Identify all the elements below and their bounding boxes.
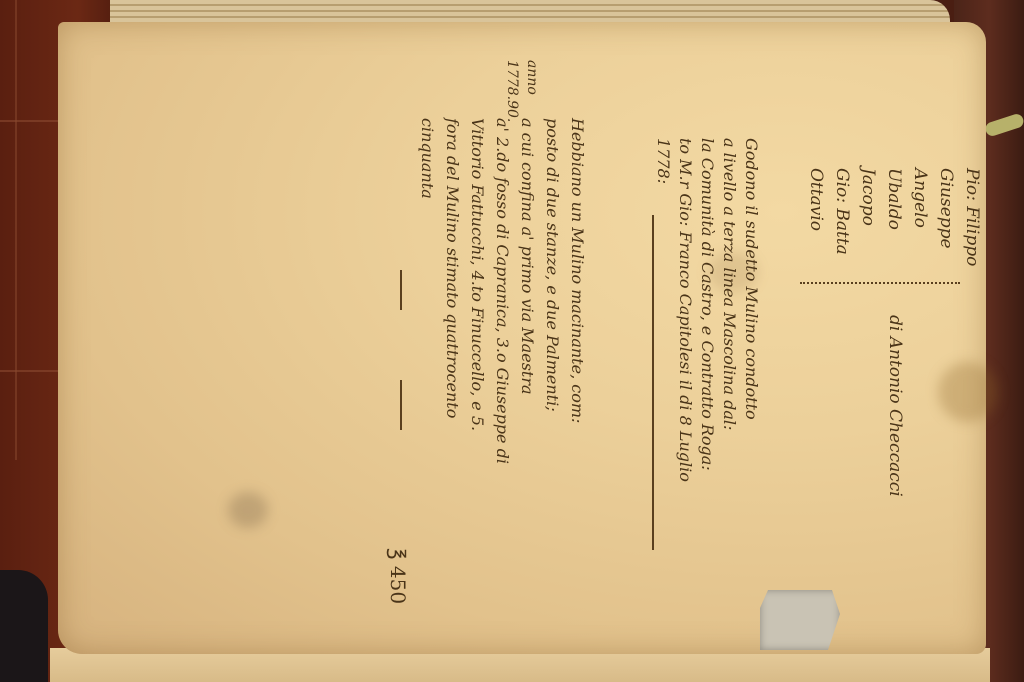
dark-cloth (0, 570, 48, 682)
paragraph-2: Hebbiano un Mulino macinante, com: posto… (415, 118, 590, 464)
heir-name: Giuseppe (933, 168, 959, 266)
text-line: fora del Mulino stimato quattrocento (440, 118, 465, 464)
text-line: Vittorio Fattucchi, 4.to Finuccello, e 5… (465, 118, 490, 464)
heir-name: Ubaldo (881, 168, 907, 266)
heirs-list: Pio: Filippo Giuseppe Angelo Ubaldo Jaco… (803, 168, 985, 266)
heir-name: Gio: Batta (829, 168, 855, 266)
heir-name: Pio: Filippo (959, 168, 985, 266)
text-line: 1778.90. (502, 60, 522, 122)
stain (938, 362, 998, 422)
stain (228, 492, 268, 528)
ruled-line (400, 380, 402, 430)
margin-note: anno 1778.90. (502, 60, 542, 122)
heir-name: Jacopo (855, 168, 881, 266)
text-line: la Comunità di Castro, e Contratto Roga: (696, 138, 718, 482)
ruled-line (400, 270, 402, 310)
text-line: cinquanta (415, 118, 440, 464)
heir-name: Ottavio (803, 168, 829, 266)
text-line: a livello a terza linea Mascolina dal: (718, 138, 740, 482)
brace-mark (800, 282, 960, 286)
amount-value: 450 (386, 566, 410, 604)
scudi-symbol: ℥ (386, 548, 410, 560)
amount: ℥ 450 (386, 548, 410, 604)
tile-grout (15, 0, 17, 460)
text-line: a cui confina a' primo via Maestra (515, 118, 540, 464)
text-line: Godono il sudetto Mulino condotto (740, 138, 762, 482)
text-line: to M.r Gio: Franco Capitolesi il di 8 Lu… (674, 138, 696, 482)
text-line: anno (522, 60, 542, 122)
heir-name: Angelo (907, 168, 933, 266)
text-line: 1778: (652, 138, 674, 482)
ruled-line (652, 215, 654, 550)
paragraph-1: Godono il sudetto Mulino condotto a live… (652, 138, 762, 482)
brace-label: di Antonio Checcacci (885, 315, 905, 497)
text-line: a' 2.do fosso di Capranica, 3.o Giuseppe… (490, 118, 515, 464)
text-line: Hebbiano un Mulino macinante, com: (565, 118, 590, 464)
torn-corner (760, 590, 840, 650)
text-line: posto di due stanze, e due Palmenti; (540, 118, 565, 464)
